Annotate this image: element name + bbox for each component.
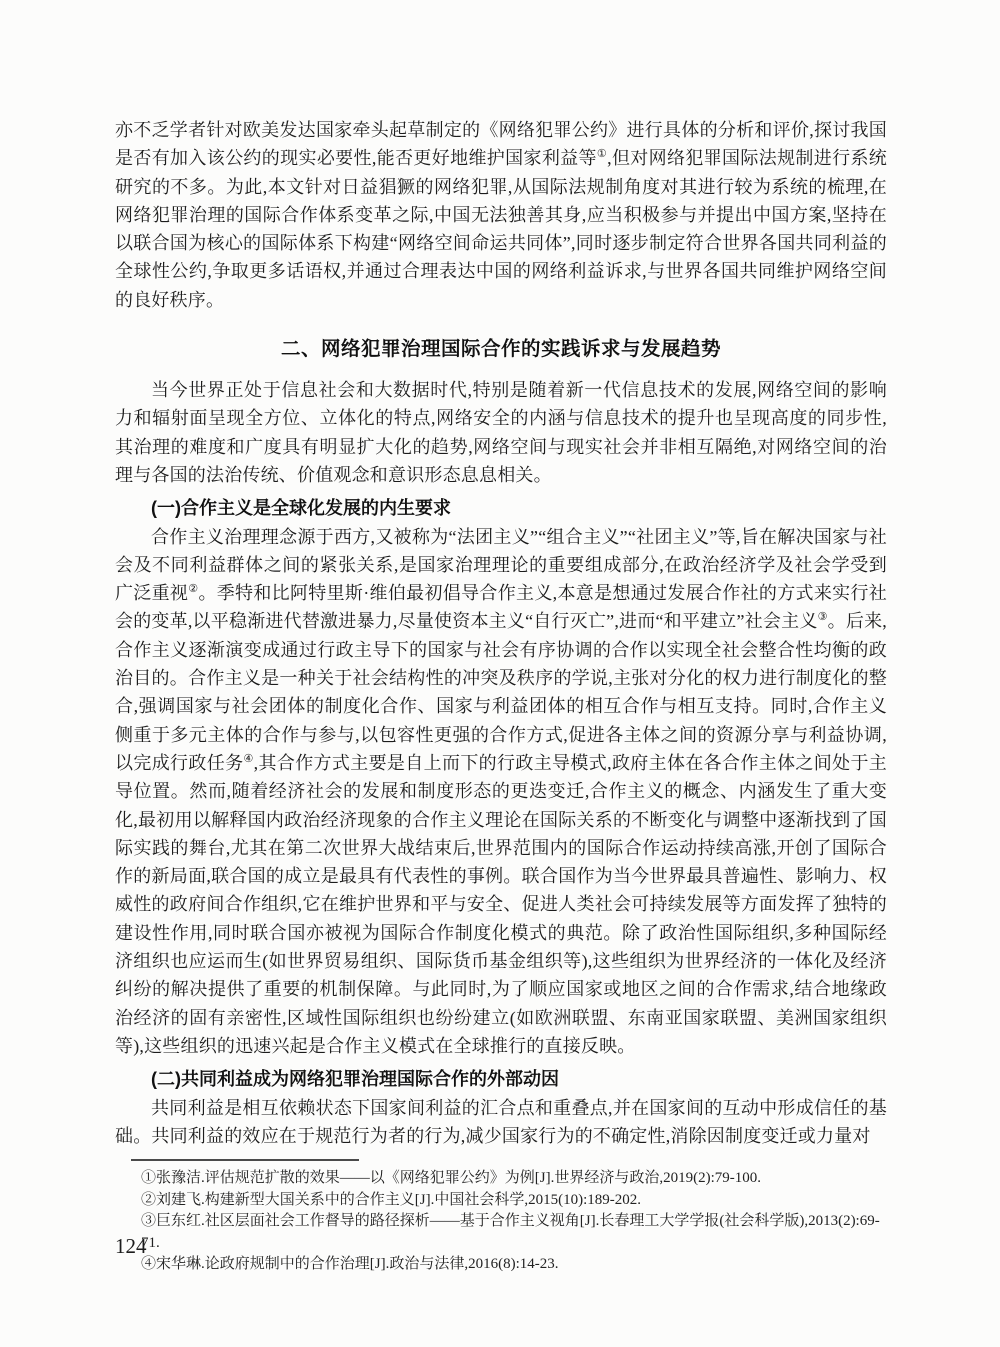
footnote-ref-3: ③ <box>818 611 828 623</box>
paragraph-cooperativism: 合作主义治理理念源于西方,又被称为“法团主义”“组合主义”“社团主义”等,旨在解… <box>115 523 887 1061</box>
footnote-separator <box>131 1159 359 1161</box>
paragraph-common-interest: 共同利益是相互依赖状态下国家间利益的汇合点和重叠点,并在国家间的互动中形成信任的… <box>115 1094 887 1151</box>
footnote-ref-1: ① <box>597 148 607 160</box>
footnote-item-4: ④宋华琳.论政府规制中的合作治理[J].政治与法律,2016(8):14-23. <box>115 1254 887 1276</box>
text-run: ,其合作方式主要是自上而下的行政主导模式,政府主体在各合作主体之间处于主导位置。… <box>115 753 887 1056</box>
footnote-item-3: ③巨东红.社区层面社会工作督导的路径探析——基于合作主义视角[J].长春理工大学… <box>115 1211 887 1254</box>
journal-page: 亦不乏学者针对欧美发达国家牵头起草制定的《网络犯罪公约》进行具体的分析和评价,探… <box>0 0 1000 1347</box>
page-number: 124 <box>115 1234 147 1259</box>
paragraph-continuation: 亦不乏学者针对欧美发达国家牵头起草制定的《网络犯罪公约》进行具体的分析和评价,探… <box>115 116 887 314</box>
text-run: 。后来,合作主义逐渐演变成通过行政主导下的国家与社会有序协调的合作以实现全社会整… <box>115 611 887 772</box>
paragraph-overview: 当今世界正处于信息社会和大数据时代,特别是随着新一代信息技术的发展,网络空间的影… <box>115 376 887 489</box>
section-heading: 二、网络犯罪治理国际合作的实践诉求与发展趋势 <box>115 336 887 362</box>
text-column: 亦不乏学者针对欧美发达国家牵头起草制定的《网络犯罪公约》进行具体的分析和评价,探… <box>115 116 887 1276</box>
footnote-item-1: ①张豫洁.评估规范扩散的效果——以《网络犯罪公约》为例[J].世界经济与政治,2… <box>115 1168 887 1190</box>
footnote-item-2: ②刘建飞.构建新型大国关系中的合作主义[J].中国社会科学,2015(10):1… <box>115 1190 887 1212</box>
footnotes-block: ①张豫洁.评估规范扩散的效果——以《网络犯罪公约》为例[J].世界经济与政治,2… <box>115 1168 887 1276</box>
text-run: ,但对网络犯罪国际法规制进行系统研究的不多。为此,本文针对日益猖獗的网络犯罪,从… <box>115 148 887 309</box>
subsection-heading-1: (一)合作主义是全球化发展的内生要求 <box>115 494 887 522</box>
text-run: 。季特和比阿特里斯·维伯最初倡导合作主义,本意是想通过发展合作社的方式来实行社会… <box>115 583 887 631</box>
footnote-ref-4: ④ <box>243 753 253 765</box>
footnote-ref-2: ② <box>188 583 198 595</box>
subsection-heading-2: (二)共同利益成为网络犯罪治理国际合作的外部动因 <box>115 1065 887 1093</box>
